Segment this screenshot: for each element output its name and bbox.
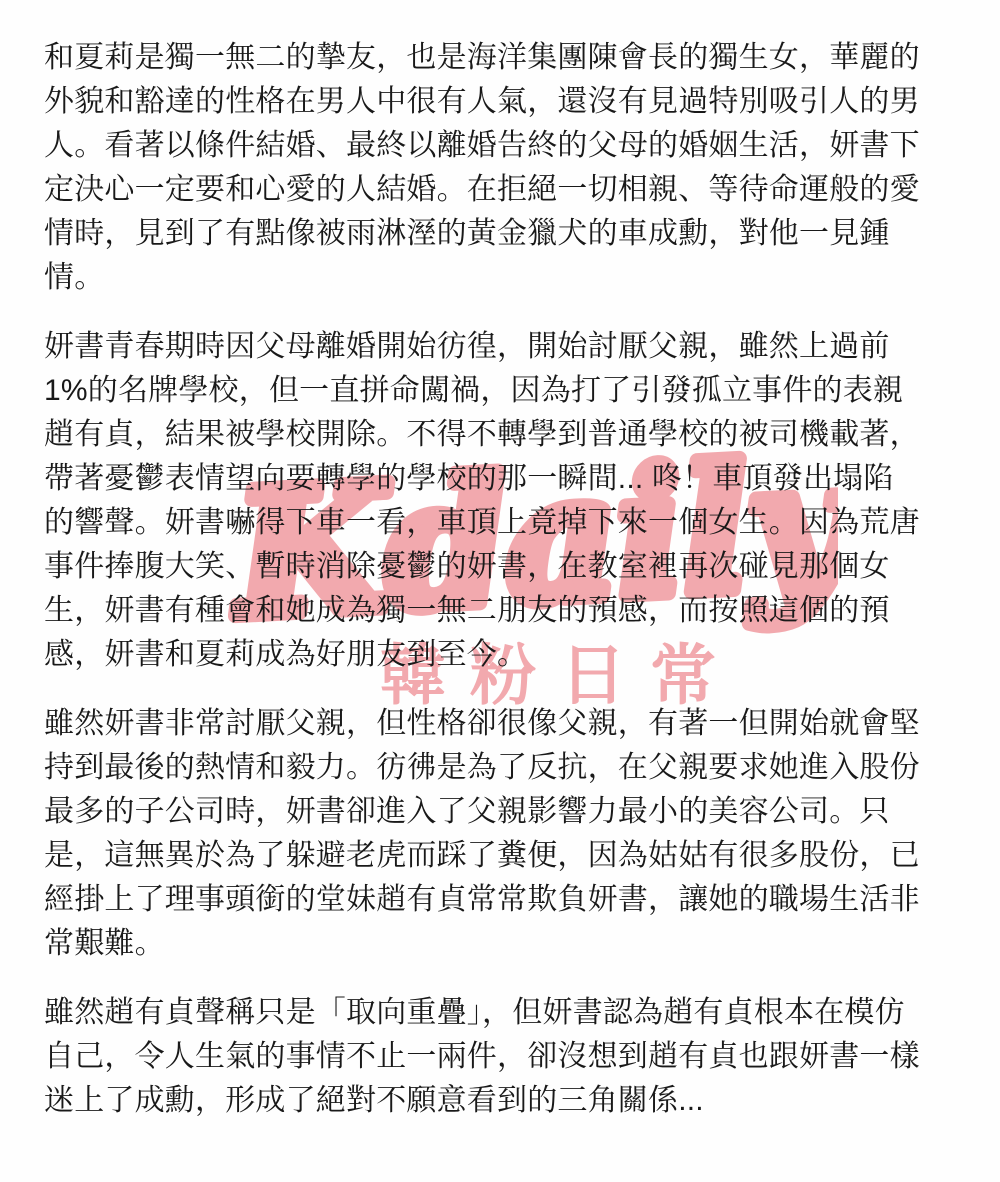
article-body: 和夏莉是獨一無二的摯友，也是海洋集團陳會長的獨生女，華麗的 外貌和豁達的性格在男… <box>44 36 962 1148</box>
page-root: Kdaily 韓粉日常 和夏莉是獨一無二的摯友，也是海洋集團陳會長的獨生女，華麗… <box>0 0 1000 1182</box>
paragraph-1: 和夏莉是獨一無二的摯友，也是海洋集團陳會長的獨生女，華麗的 外貌和豁達的性格在男… <box>44 36 962 300</box>
paragraph-3: 雖然妍書非常討厭父親，但性格卻很像父親，有著一但開始就會堅 持到最後的熱情和毅力… <box>44 702 962 966</box>
paragraph-2: 妍書青春期時因父母離婚開始彷徨，開始討厭父親，雖然上過前 1%的名牌學校，但一直… <box>44 325 962 677</box>
paragraph-4: 雖然趙有貞聲稱只是「取向重疊」，但妍書認為趙有貞根本在模仿 自己，令人生氣的事情… <box>44 991 962 1123</box>
